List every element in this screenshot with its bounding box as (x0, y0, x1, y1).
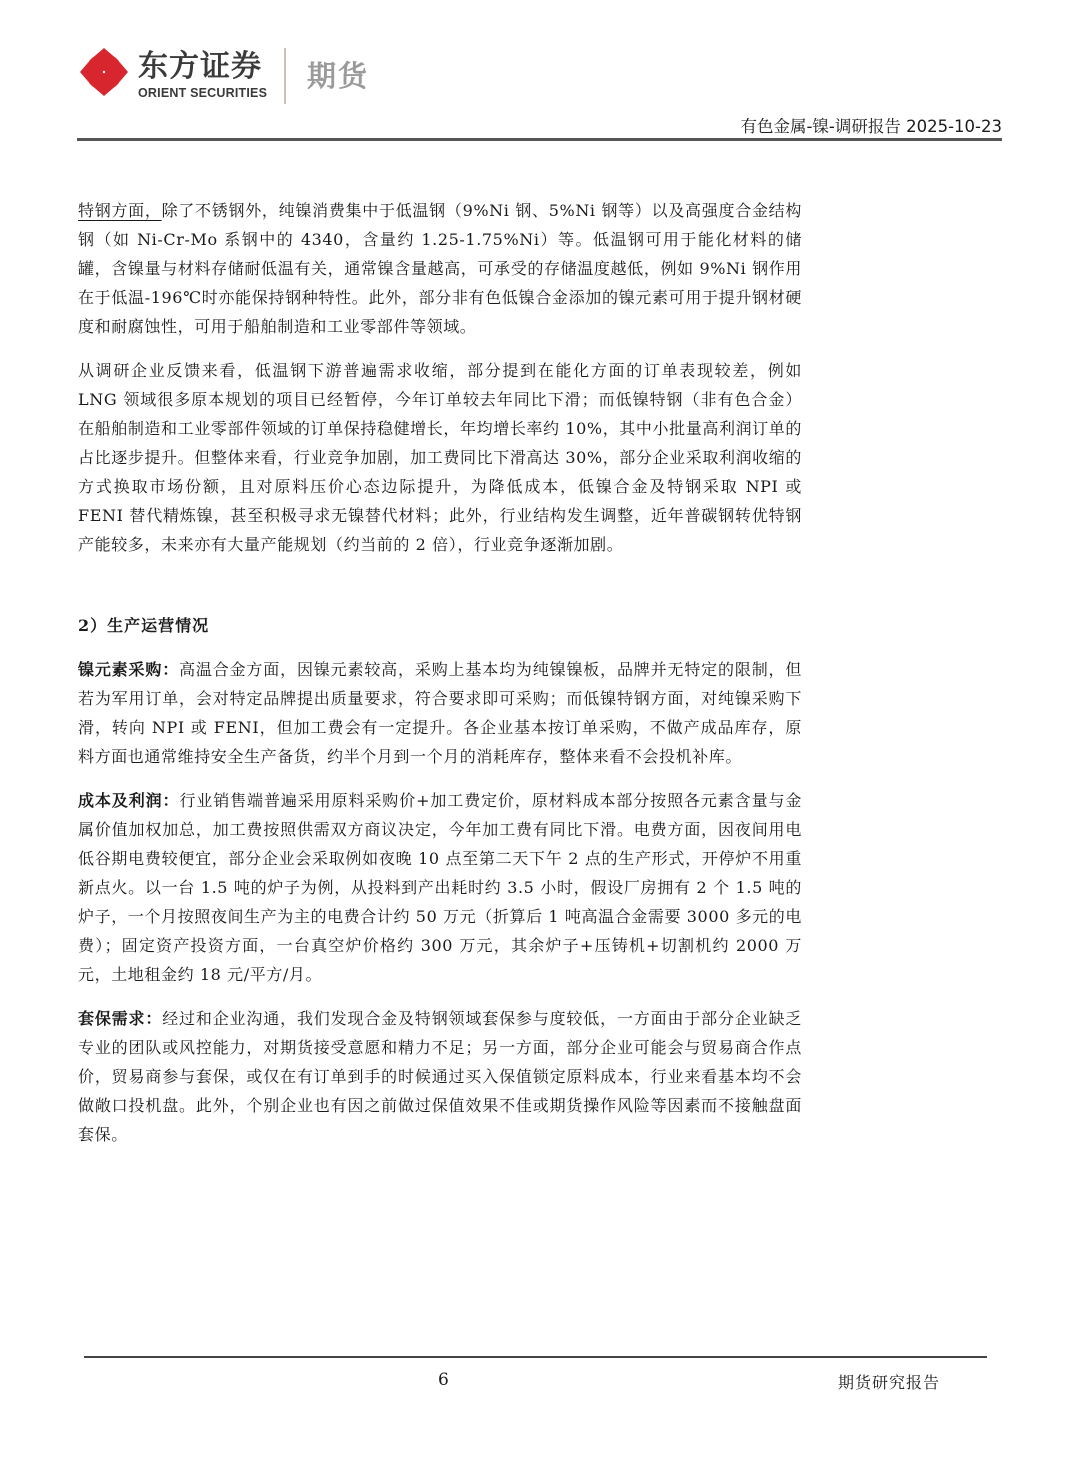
page-number: 6 (438, 1370, 449, 1390)
brand-divider (284, 48, 286, 104)
paragraph-text: 行业销售端普遍采用原料采购价+加工费定价，原材料成本部分按照各元素含量与金属价值… (78, 791, 802, 984)
brand-name-en: ORIENT SECURITIES (138, 86, 267, 100)
report-meta: 有色金属-镍-调研报告 2025-10-23 (740, 113, 1002, 137)
brand-block: 东方证券 ORIENT SECURITIES (138, 50, 267, 100)
paragraph-text: 除了不锈钢外，纯镍消费集中于低温钢（9%Ni 钢、5%Ni 钢等）以及高强度合金… (78, 201, 802, 336)
paragraph-text: 高温合金方面，因镍元素较高，采购上基本均为纯镍镍板，品牌并无特定的限制，但若为军… (78, 660, 802, 766)
brand-subtitle: 期货 (307, 54, 369, 95)
paragraph-special-steel: 特钢方面，除了不锈钢外，纯镍消费集中于低温钢（9%Ni 钢、5%Ni 钢等）以及… (78, 196, 802, 341)
paragraph-cost-profit: 成本及利润：行业销售端普遍采用原料采购价+加工费定价，原材料成本部分按照各元素含… (78, 786, 802, 989)
paragraph-text: 经过和企业沟通，我们发现合金及特钢领域套保参与度较低，一方面由于部分企业缺乏专业… (78, 1009, 802, 1144)
paragraph-lead: 套保需求： (78, 1009, 162, 1028)
brand-name-cn: 东方证券 (138, 50, 267, 84)
report-body: 特钢方面，除了不锈钢外，纯镍消费集中于低温钢（9%Ni 钢、5%Ni 钢等）以及… (78, 196, 802, 1149)
paragraph-hedging-demand: 套保需求：经过和企业沟通，我们发现合金及特钢领域套保参与度较低，一方面由于部分企… (78, 1004, 802, 1149)
orient-securities-logo-icon (78, 46, 130, 98)
paragraph-lead: 特钢方面， (78, 201, 162, 220)
paragraph-lead: 镍元素采购： (78, 660, 179, 679)
paragraph-lead: 成本及利润： (78, 791, 179, 810)
paragraph-survey-feedback: 从调研企业反馈来看，低温钢下游普遍需求收缩，部分提到在能化方面的订单表现较差，例… (78, 356, 802, 559)
paragraph-nickel-procurement: 镍元素采购：高温合金方面，因镍元素较高，采购上基本均为纯镍镍板，品牌并无特定的限… (78, 655, 802, 771)
footer-rule (84, 1356, 987, 1358)
footer-label: 期货研究报告 (838, 1370, 940, 1393)
section-heading: 2）生产运营情况 (78, 611, 802, 640)
header-rule (77, 138, 1002, 141)
